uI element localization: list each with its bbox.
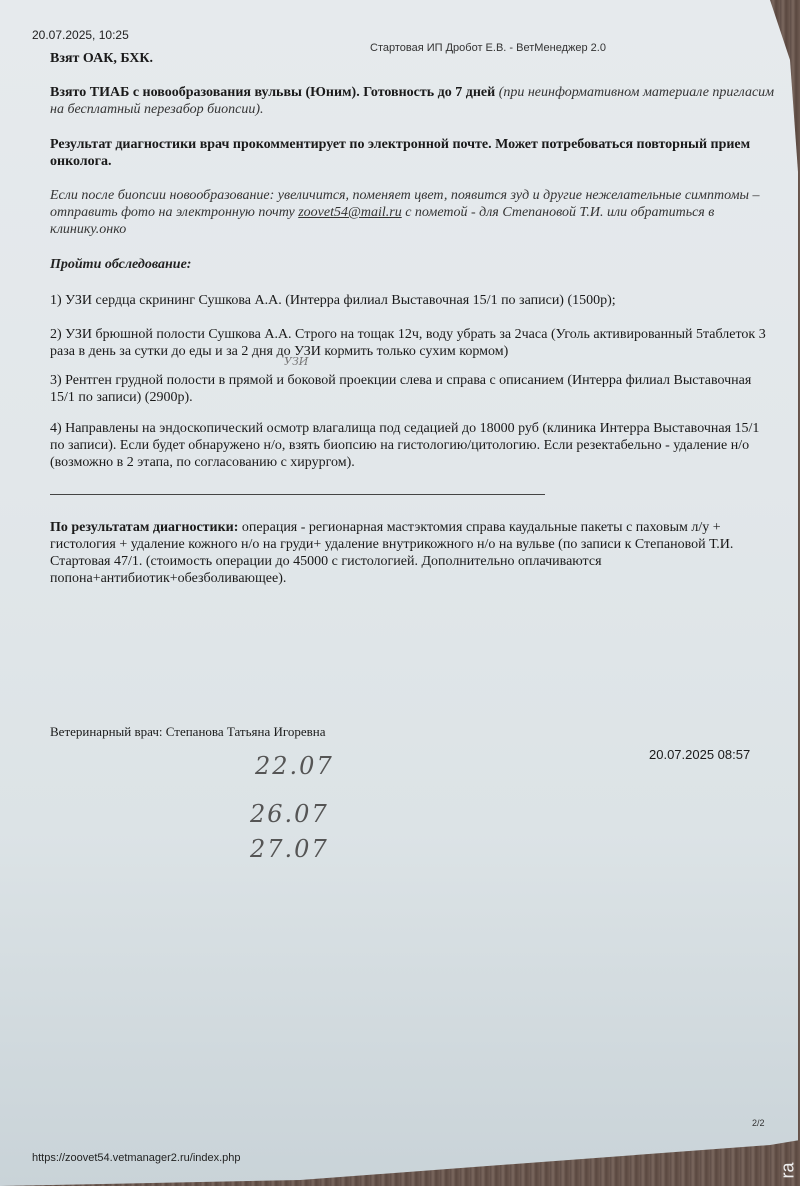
printed-document: 20.07.2025, 10:25 Стартовая ИП Дробот Е.… [0, 0, 798, 1186]
exam-item-1: 1) УЗИ сердца скрининг Сушкова А.А. (Инт… [50, 292, 770, 309]
doctor-signature: Ветеринарный врач: Степанова Татьяна Иго… [50, 723, 770, 740]
handwritten-date-2: 26.07 [250, 800, 329, 828]
tiab-paragraph: Взято ТИАБ с новообразования вульвы (Юни… [50, 84, 790, 118]
biopsy-warning: Если после биопсии новообразование: увел… [50, 187, 770, 238]
result-note: Результат диагностики врач прокомментиру… [50, 136, 770, 170]
tests-taken: Взят ОАК, БХК. [50, 50, 770, 67]
edge-text: ra [777, 1162, 798, 1178]
page-number: 2/2 [752, 1118, 765, 1128]
diagnostics-label: По результатам диагностики: [50, 520, 238, 535]
exam-item-3: 3) Рентген грудной полости в прямой и бо… [50, 372, 770, 406]
footer-url: https://zoovet54.vetmanager2.ru/index.ph… [32, 1152, 241, 1164]
handwritten-date-3: 27.07 [250, 835, 329, 863]
print-datetime: 20.07.2025, 10:25 [32, 28, 129, 42]
exam-item-4: 4) Направлены на эндоскопический осмотр … [50, 420, 770, 471]
divider-line [50, 494, 545, 495]
email-link[interactable]: zoovet54@mail.ru [298, 205, 401, 220]
exam-title: Пройти обследование: [50, 256, 770, 273]
signature-datetime: 20.07.2025 08:57 [649, 747, 750, 762]
tiab-main: Взято ТИАБ с новообразования вульвы (Юни… [50, 85, 495, 100]
handwritten-uzi: УЗИ [284, 355, 308, 368]
handwritten-date-1: 22.07 [255, 752, 334, 780]
exam-item-2: 2) УЗИ брюшной полости Сушкова А.А. Стро… [50, 326, 770, 360]
diagnostics-result: По результатам диагностики: операция - р… [50, 519, 765, 587]
